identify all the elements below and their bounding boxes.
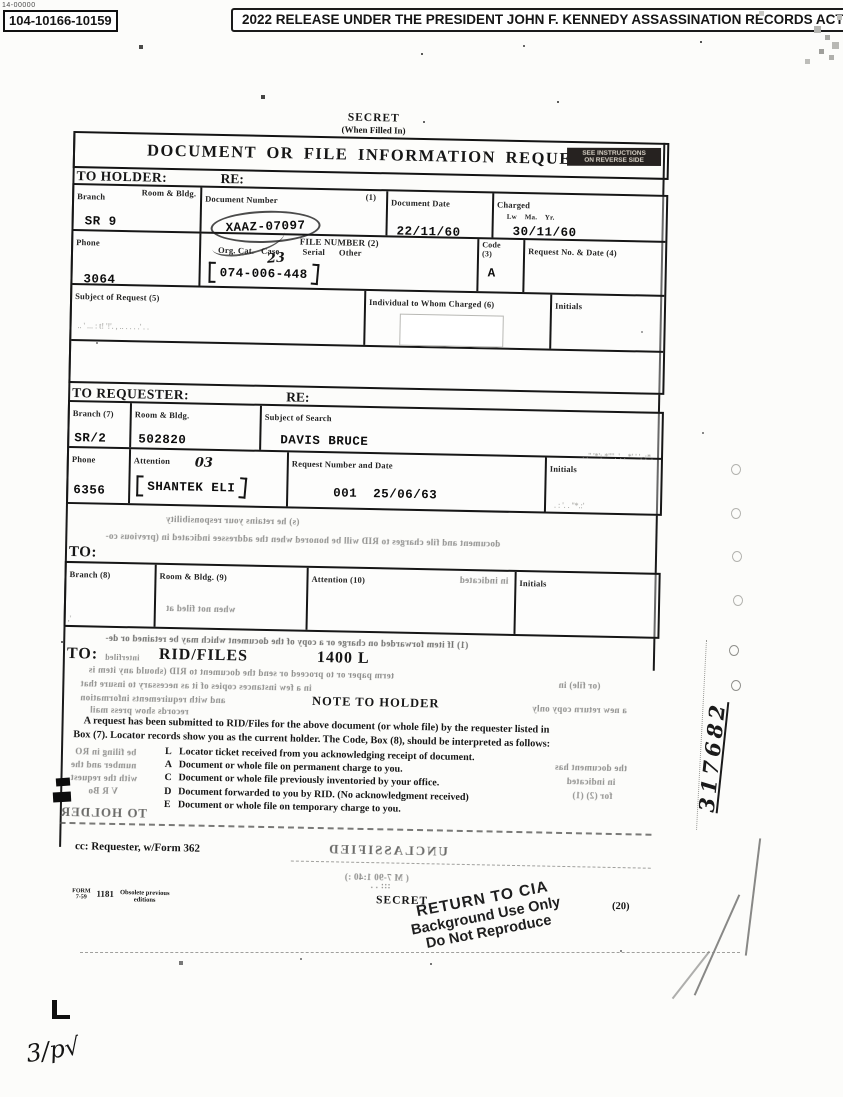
scanned-document-page: 14-00000 104-10166-10159 2022 RELEASE UN… <box>0 0 843 1097</box>
routing-attention-label: Attention (10) <box>311 574 365 585</box>
requester-room-label: Room & Bldg. <box>135 409 190 420</box>
code-letter: A <box>165 759 179 770</box>
form-number-block: FORM 7-59 1181 Obsolete previous edition… <box>72 888 170 904</box>
requester-attention-value: SHANTEK ELI <box>147 480 235 496</box>
bleedthrough-text: number and the <box>71 759 137 770</box>
page-ref: (20) <box>612 901 630 912</box>
scan-smudge: . : '. . ''*.:' <box>554 501 584 511</box>
handwritten-page-note: 3/p√ <box>24 1032 82 1068</box>
bleedthrough-unclassified: UNCLASSIFIED <box>327 841 448 859</box>
obsolete-note: Obsolete previous editions <box>120 889 170 904</box>
corner-noise <box>0 0 3 3</box>
holder-reqno-label: Request No. & Date (4) <box>528 246 617 258</box>
requester-attention-label: Attention <box>134 455 170 466</box>
file-number-value: 074-006-448 <box>219 266 307 282</box>
holder-charged-label: Charged <box>497 200 530 211</box>
punch-ring <box>733 595 743 606</box>
holder-docnum-label: Document Number <box>205 194 278 205</box>
instructions-note: SEE INSTRUCTIONS ON REVERSE SIDE <box>567 148 661 166</box>
requester-room-value: 502820 <box>138 432 256 448</box>
corner-mark <box>52 1000 70 1019</box>
holder-initials-cell: Initials <box>551 295 660 351</box>
bleedthrough-text: when not filed at <box>166 603 236 614</box>
routing-branch-label: Branch (8) <box>69 569 110 580</box>
routing-initials-label: Initials <box>519 578 546 589</box>
holder-subject-cell: Subject of Request (5) .. ' ... : t! '!'… <box>71 285 366 345</box>
requester-phone-cell: Phone 6356 <box>68 448 131 503</box>
to-requester-re: RE: <box>286 389 310 405</box>
scan-smudge: ,' <box>68 614 72 623</box>
holder-charged-value: 30/11/60 <box>512 225 658 242</box>
margin-handwritten-number: 317682 <box>694 682 732 814</box>
holder-phone-cell: Phone 3064 <box>72 231 201 286</box>
holder-branch-label: Branch <box>77 191 105 202</box>
bleedthrough-text: (or file) in <box>558 680 600 691</box>
holder-docnum-ref: (1) <box>366 192 377 202</box>
cc-note: cc: Requester, w/Form 362 <box>75 840 200 855</box>
redaction-box <box>399 314 504 348</box>
bleedthrough-text: document and file charges to RID will be… <box>105 531 500 549</box>
crease-line <box>694 894 741 995</box>
form-label-stack: FORM 7-59 <box>72 888 91 900</box>
punch-ring <box>731 464 741 475</box>
punch-ring <box>729 645 739 656</box>
holder-phone-label: Phone <box>76 237 100 247</box>
code-list: LLocator ticket received from you acknow… <box>164 746 475 818</box>
requester-subject-label: Subject of Search <box>265 412 332 423</box>
holder-branch-value: SR 9 <box>85 214 197 230</box>
punch-ring <box>731 508 741 519</box>
holder-individual-cell: Individual to Whom Charged (6) 63 <box>365 291 552 349</box>
bleedthrough-text: in a few instances copies of it as neces… <box>80 678 311 693</box>
document-request-form: SECRET (When Filled In) DOCUMENT OR FILE… <box>58 104 674 896</box>
note-to-holder-heading: NOTE TO HOLDER <box>312 694 440 712</box>
holder-branch-cell: Branch Room & Bldg. SR 9 <box>73 185 202 232</box>
release-banner: 2022 RELEASE UNDER THE PRESIDENT JOHN F.… <box>231 8 843 32</box>
requester-reqnum-label: Request Number and Date <box>292 458 393 470</box>
bleedthrough-to-holder: TO HOLDER <box>60 804 147 822</box>
requester-reqnum-value: 001 25/06/63 <box>333 486 541 504</box>
bleedthrough-text: the document has <box>555 762 627 773</box>
holder-filenum-cell: FILE NUMBER (2) Org. Cat. Case Serial Ot… <box>200 234 479 292</box>
code-letter: E <box>164 799 178 810</box>
bracket-right <box>238 477 247 499</box>
holder-reqno-cell: Request No. & Date (4) <box>524 240 661 295</box>
binding-mark <box>56 778 71 787</box>
record-id-box: 104-10166-10159 <box>3 10 118 32</box>
to-rid-heading: TO: <box>67 645 99 664</box>
bleedthrough-text: (s) he retains your responsibility <box>166 514 300 527</box>
bleedthrough-text: a new return copy only <box>532 703 627 715</box>
crease-line <box>745 838 761 955</box>
requester-branch-label: Branch (7) <box>73 408 114 419</box>
bleedthrough-text: with the request <box>70 772 137 783</box>
requester-reqnum-cell: Request Number and Date 001 25/06/63 <box>288 452 547 511</box>
holder-initials-label: Initials <box>555 301 582 312</box>
to-holder-re: RE: <box>220 171 244 187</box>
divider-dashed-light <box>291 861 651 869</box>
requester-attention-value-wrap: SHANTEK ELI <box>136 475 246 498</box>
code-letter: C <box>164 772 178 783</box>
form-number: 1181 <box>96 889 114 899</box>
punch-ring <box>732 551 742 562</box>
bracket-left <box>208 262 215 283</box>
bleedthrough-text: in indicated <box>566 776 615 787</box>
return-to-cia-stamp: RETURN TO CIA Background Use Only Do Not… <box>406 877 564 955</box>
bleedthrough-text: V R Bo <box>88 785 118 796</box>
routing-room-label: Room & Bldg. (9) <box>159 571 227 582</box>
requester-row-2: Phone 6356 Attention 03 SHANTEK ELI Requ… <box>68 448 661 514</box>
to-routing-heading: TO: <box>69 544 97 562</box>
holder-individual-label: Individual to Whom Charged (6) <box>369 297 495 310</box>
holder-subject-label: Subject of Request (5) <box>75 291 160 303</box>
code-letter: D <box>164 786 178 797</box>
holder-code-cell: Code (3) A <box>478 239 525 292</box>
bleedthrough-text: for (2) (1) <box>572 790 612 801</box>
bleedthrough-text: in indicated <box>460 575 509 586</box>
routing-attention-cell: Attention (10) in indicated <box>307 568 516 634</box>
requester-initials-label: Initials <box>550 464 577 475</box>
requester-room-cell: Room & Bldg. 502820 <box>131 403 262 450</box>
file-number-value-wrap: 074-006-448 <box>208 262 318 285</box>
holder-room-label: Room & Bldg. <box>142 187 197 198</box>
requester-branch-cell: Branch (7) SR/2 <box>69 402 132 447</box>
routing-table: Branch (8) ,' Room & Bldg. (9) when not … <box>64 561 661 639</box>
rid-files-dest: RID/FILES <box>159 646 248 666</box>
binding-mark <box>53 792 71 803</box>
bleedthrough-text: be filing in RO <box>75 746 136 757</box>
routing-branch-cell: Branch (8) ,' <box>66 563 157 627</box>
requester-subject-cell: Subject of Search DAVIS BRUCE . .'' '*':… <box>261 406 658 458</box>
requester-initials-cell: Initials . : '. . ''*.:' <box>546 458 657 514</box>
code-letter: L <box>165 746 179 757</box>
holder-code-value: A <box>488 266 520 281</box>
rid-station: 1400 L <box>317 649 370 668</box>
requester-attention-cell: Attention 03 SHANTEK ELI <box>130 449 289 506</box>
bleedthrough-text: and with requirements information <box>80 692 225 705</box>
holder-charged-sub: Lw Ma. Yr. <box>507 213 659 224</box>
bleedthrough-text: interfiled <box>105 653 140 663</box>
scan-smudge: .. ' ... : t! '!'. , .. . . . .' . . <box>77 321 149 331</box>
requester-phone-value: 6356 <box>73 483 125 498</box>
holder-code-ref: (3) <box>482 249 520 259</box>
holder-table: Branch Room & Bldg. SR 9 Document Number… <box>68 183 668 395</box>
holder-docdate-label: Document Date <box>391 197 450 208</box>
routing-row: Branch (8) ,' Room & Bldg. (9) when not … <box>66 563 659 637</box>
bleedthrough-text: ::: . . <box>370 880 390 890</box>
page-edge-shadow <box>80 952 740 953</box>
requester-table: Branch (7) SR/2 Room & Bldg. 502820 Subj… <box>66 400 664 516</box>
divider-dashed <box>60 822 652 836</box>
corner-code: 14-00000 <box>2 2 36 9</box>
bracket-right <box>311 264 320 286</box>
requester-phone-label: Phone <box>72 454 96 464</box>
handwritten-03: 03 <box>195 455 213 470</box>
bracket-left <box>136 475 143 496</box>
requester-branch-value: SR/2 <box>74 431 126 446</box>
holder-charged-cell: Charged Lw Ma. Yr. 30/11/60 <box>493 193 662 240</box>
routing-room-cell: Room & Bldg. (9) when not filed at <box>156 565 309 630</box>
form-date: 7-59 <box>72 894 90 900</box>
holder-docdate-cell: Document Date 22/11/60 <box>387 191 494 237</box>
routing-initials-cell: Initials <box>515 572 654 637</box>
punch-ring <box>731 680 741 691</box>
